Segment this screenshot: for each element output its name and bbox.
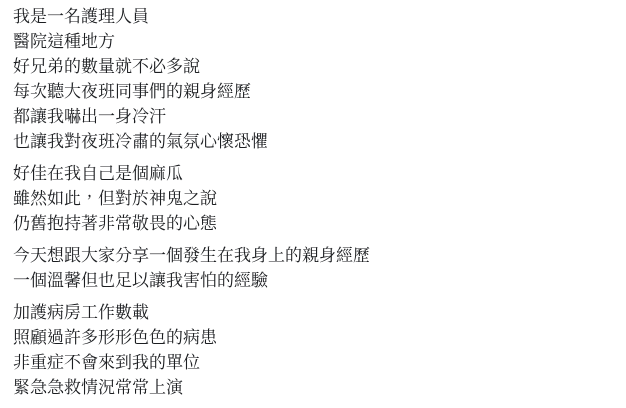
post-line: 今天想跟大家分享一個發生在我身上的親身經歷 xyxy=(13,243,616,268)
post-line: 仍舊抱持著非常敬畏的心態 xyxy=(13,211,616,236)
post-line: 加護病房工作數載 xyxy=(13,300,616,325)
post-line: 我是一名護理人員 xyxy=(13,4,616,29)
post-line: 非重症不會來到我的單位 xyxy=(13,350,616,375)
post-line: 每次聽大夜班同事們的親身經歷 xyxy=(13,79,616,104)
post-line: 一個溫馨但也足以讓我害怕的經驗 xyxy=(13,268,616,293)
post-line: 也讓我對夜班冷肅的氣氛心懷恐懼 xyxy=(13,129,616,154)
paragraph-4: 加護病房工作數載 照顧過許多形形色色的病患 非重症不會來到我的單位 緊急急救情況… xyxy=(13,300,616,400)
post-line: 好佳在我自己是個麻瓜 xyxy=(13,161,616,186)
paragraph-1: 我是一名護理人員 醫院這種地方 好兄弟的數量就不必多說 每次聽大夜班同事們的親身… xyxy=(13,4,616,154)
post-line: 都讓我嚇出一身冷汗 xyxy=(13,104,616,129)
post-line: 緊急急救情況常常上演 xyxy=(13,375,616,400)
post-line: 好兄弟的數量就不必多說 xyxy=(13,54,616,79)
post-line: 雖然如此，但對於神鬼之說 xyxy=(13,186,616,211)
paragraph-2: 好佳在我自己是個麻瓜 雖然如此，但對於神鬼之說 仍舊抱持著非常敬畏的心態 xyxy=(13,161,616,236)
post-line: 醫院這種地方 xyxy=(13,29,616,54)
post-line: 照顧過許多形形色色的病患 xyxy=(13,325,616,350)
paragraph-3: 今天想跟大家分享一個發生在我身上的親身經歷 一個溫馨但也足以讓我害怕的經驗 xyxy=(13,243,616,293)
post-body: 我是一名護理人員 醫院這種地方 好兄弟的數量就不必多說 每次聽大夜班同事們的親身… xyxy=(0,0,626,400)
